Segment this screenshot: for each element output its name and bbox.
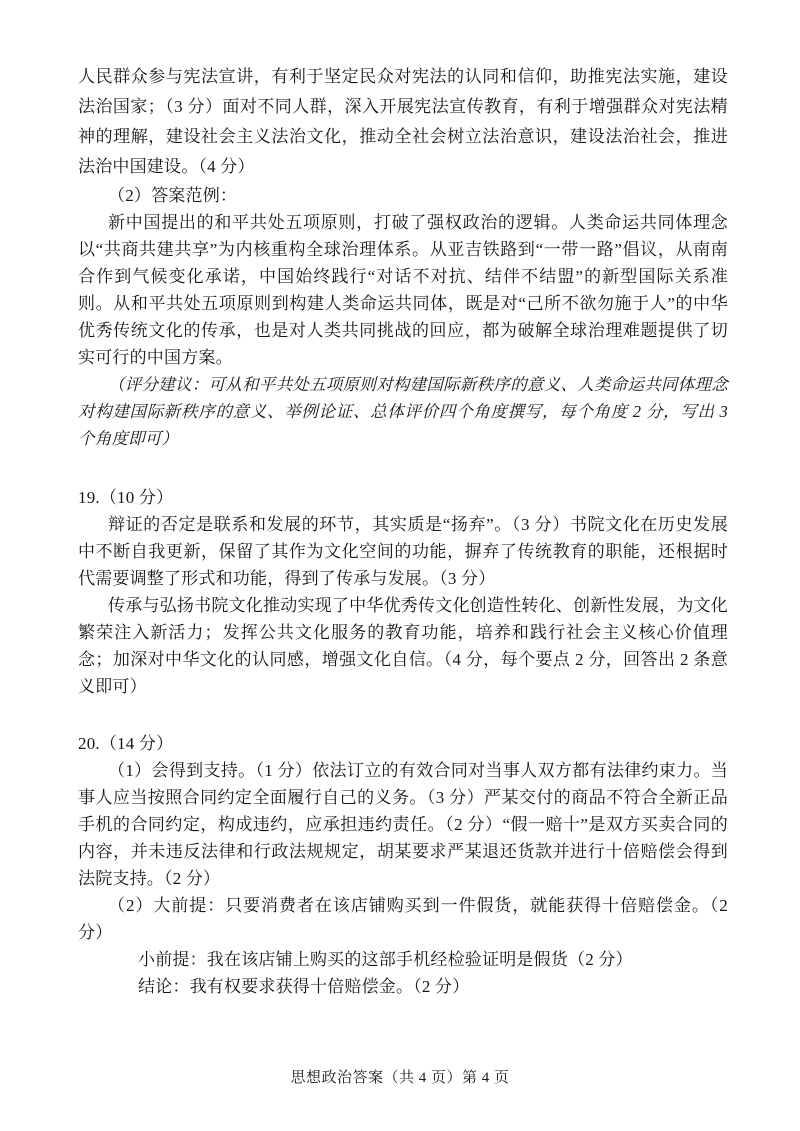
answer-content: 人民群众参与宪法宣讲，有利于坚定民众对宪法的认同和信仰，助推宪法实施，建设法治国…: [78, 62, 728, 1000]
q20-part2-conclusion: 结论：我有权要求获得十倍赔偿金。（2 分）: [78, 973, 728, 1000]
q18-part2-answer-paragraph: 新中国提出的和平共处五项原则，打破了强权政治的逻辑。人类命运共同体理念以“共商共…: [78, 209, 728, 371]
q18-part1-continuation-paragraph: 人民群众参与宪法宣讲，有利于坚定民众对宪法的认同和信仰，助推宪法实施，建设法治国…: [78, 62, 728, 182]
q20-part2-major-premise: （2）大前提：只要消费者在该店铺购买到一件假货，就能获得十倍赔偿金。（2 分）: [78, 892, 728, 946]
page-footer: 思想政治答案（共 4 页）第 4 页: [0, 1066, 800, 1087]
q20-part1-answer-paragraph: （1）会得到支持。（1 分）依法订立的有效合同对当事人双方都有法律约束力。当事人…: [78, 757, 728, 892]
q19-answer-paragraph-2: 传承与弘扬书院文化推动实现了中华优秀传文化创造性转化、创新性发展，为文化繁荣注入…: [78, 592, 728, 700]
q20-part2-minor-premise: 小前提：我在该店铺上购买的这部手机经检验证明是假货（2 分）: [78, 946, 728, 973]
q20-heading: 20.（14 分）: [78, 730, 728, 757]
document-page: 人民群众参与宪法宣讲，有利于坚定民众对宪法的认同和信仰，助推宪法实施，建设法治国…: [0, 0, 800, 1131]
q18-part2-label: （2）答案范例：: [78, 182, 728, 209]
q19-answer-paragraph-1: 辩证的否定是联系和发展的环节，其实质是“扬弃”。（3 分）书院文化在历史发展中不…: [78, 511, 728, 592]
q19-heading: 19.（10 分）: [78, 484, 728, 511]
q18-scoring-note: （评分建议：可从和平共处五项原则对构建国际新秩序的意义、人类命运共同体理念对构建…: [78, 371, 728, 452]
